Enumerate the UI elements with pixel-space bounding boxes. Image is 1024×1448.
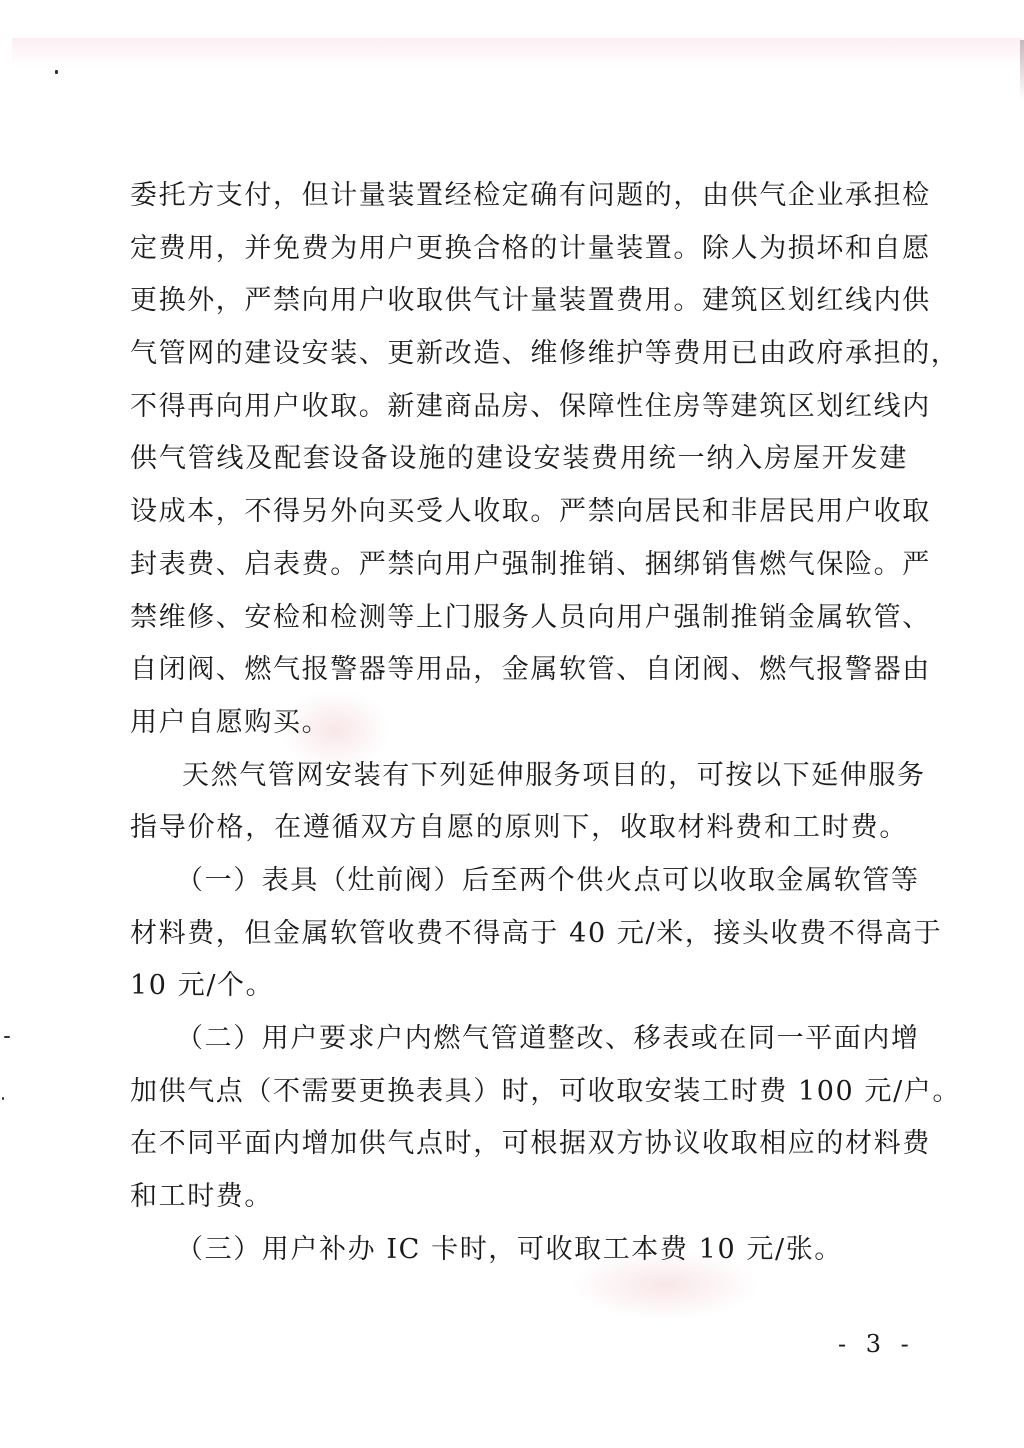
text-line: 指导价格，在遵循双方自愿的原则下，收取材料费和工时费。 (130, 802, 908, 855)
text-line: 气管网的建设安装、更新改造、维修维护等费用已由政府承担的， (130, 328, 908, 381)
page-number: - 3 - (838, 1330, 915, 1358)
text-line: 天然气管网安装有下列延伸服务项目的，可按以下延伸服务 (130, 750, 908, 803)
text-line: 在不同平面内增加供气点时，可根据双方协议收取相应的材料费 (130, 1118, 908, 1171)
text-line: （一）表具（灶前阀）后至两个供火点可以收取金属软管等 (130, 855, 908, 908)
text-line: 更换外，严禁向用户收取供气计量装置费用。建筑区划红线内供 (130, 275, 908, 328)
text-line: 和工时费。 (130, 1171, 908, 1224)
list-item-3-ic-card: （三）用户补办 IC 卡时，可收取工本费 10 元/张。 (130, 1224, 908, 1277)
list-item-2-pipe-modification: （二）用户要求户内燃气管道整改、移表或在同一平面内增 加供气点（不需要更换表具）… (130, 1013, 908, 1224)
text-line: 设成本，不得另外向买受人收取。严禁向居民和非居民用户收取 (130, 486, 908, 539)
text-line: 供气管线及配套设备设施的建设安装费用统一纳入房屋开发建 (130, 433, 908, 486)
text-line: 10 元/个。 (130, 960, 908, 1013)
paragraph-extended-services-intro: 天然气管网安装有下列延伸服务项目的，可按以下延伸服务 指导价格，在遵循双方自愿的… (130, 750, 908, 855)
text-line: 加供气点（不需要更换表具）时，可收取安装工时费 100 元/户。 (130, 1066, 908, 1119)
text-line: 自闭阀、燃气报警器等用品，金属软管、自闭阀、燃气报警器由 (130, 644, 908, 697)
text-line: 定费用，并免费为用户更换合格的计量装置。除人为损坏和自愿 (130, 223, 908, 276)
scan-speck (4, 1036, 10, 1038)
scan-top-edge-shadow (12, 38, 1022, 68)
scan-speck (2, 1097, 4, 1100)
text-line: 封表费、启表费。严禁向用户强制推销、捆绑销售燃气保险。严 (130, 539, 908, 592)
text-line: 用户自愿购买。 (130, 697, 908, 750)
text-line: 材料费，但金属软管收费不得高于 40 元/米，接头收费不得高于 (130, 908, 908, 961)
text-line: 不得再向用户收取。新建商品房、保障性住房等建筑区划红线内 (130, 381, 908, 434)
paragraph-metering-fees: 委托方支付，但计量装置经检定确有问题的，由供气企业承担检 定费用，并免费为用户更… (130, 170, 908, 750)
document-body: 委托方支付，但计量装置经检定确有问题的，由供气企业承担检 定费用，并免费为用户更… (130, 170, 908, 1276)
text-line: 禁维修、安检和检测等上门服务人员向用户强制推销金属软管、 (130, 592, 908, 645)
text-line: （三）用户补办 IC 卡时，可收取工本费 10 元/张。 (130, 1224, 908, 1277)
text-line: 委托方支付，但计量装置经检定确有问题的，由供气企业承担检 (130, 170, 908, 223)
list-item-1-metal-hose: （一）表具（灶前阀）后至两个供火点可以收取金属软管等 材料费，但金属软管收费不得… (130, 855, 908, 1013)
scan-speck (55, 70, 58, 74)
text-line: （二）用户要求户内燃气管道整改、移表或在同一平面内增 (130, 1013, 908, 1066)
scan-right-edge-shadow (1020, 40, 1024, 100)
